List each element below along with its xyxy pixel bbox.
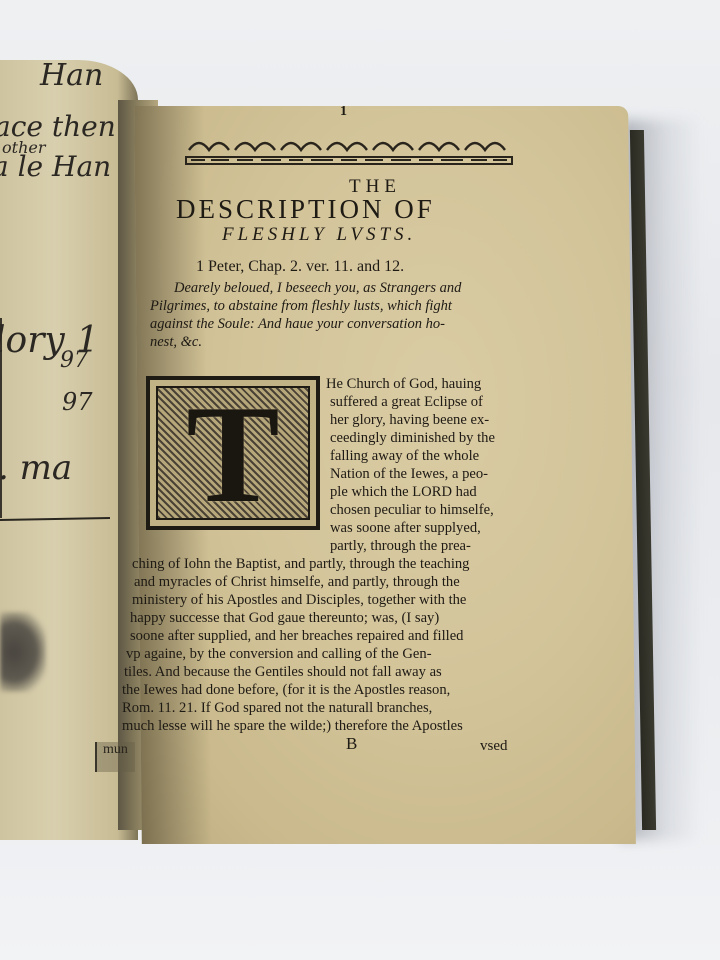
body-line: and myracles of Christ himselfe, and par… (134, 574, 460, 591)
body-line: ching of Iohn the Baptist, and partly, t… (132, 556, 469, 573)
body-line: He Church of God, hauing (326, 376, 481, 393)
decorated-initial: T (146, 376, 320, 530)
body-line: ple which the LORD had (330, 484, 477, 501)
page-number: 1 (340, 104, 347, 120)
body-line: her glory, having beene ex- (330, 412, 489, 429)
handwriting-line: . ma (0, 448, 72, 488)
body-line: tiles. And because the Gentiles should n… (124, 664, 442, 681)
verse-line: Dearely beloued, I beseech you, as Stran… (174, 280, 461, 297)
ornamental-headpiece (185, 136, 513, 166)
body-line: ministery of his Apostles and Disciples,… (132, 592, 466, 609)
body-line: falling away of the whole (330, 448, 479, 465)
ink-stain (0, 612, 46, 692)
signature-mark: B (346, 734, 357, 754)
body-line: vp againe, by the conversion and calling… (126, 646, 432, 663)
body-line: partly, through the prea- (330, 538, 471, 555)
title-line-3: FLESHLY LVSTS. (222, 224, 416, 246)
initial-letter: T (150, 374, 316, 535)
body-line: Rom. 11. 21. If God spared not the natur… (122, 700, 432, 717)
body-line: Nation of the Iewes, a peo- (330, 466, 488, 483)
verse-line: Pilgrimes, to abstaine from fleshly lust… (150, 298, 452, 315)
title-line-2: DESCRIPTION OF (176, 194, 435, 225)
body-line: much lesse will he spare the wilde;) the… (122, 718, 463, 735)
handwriting-line: Han (40, 58, 103, 93)
scripture-reference: 1 Peter, Chap. 2. ver. 11. and 12. (196, 258, 404, 276)
body-line: ceedingly diminished by the (330, 430, 495, 447)
body-line: suffered a great Eclipse of (330, 394, 483, 411)
body-line: was soone after supplyed, (330, 520, 481, 537)
tab-fragment: mun (95, 742, 135, 772)
body-line: soone after supplied, and her breaches r… (130, 628, 463, 645)
handwriting-line: 97 (60, 348, 88, 373)
body-line: chosen peculiar to himselfe, (330, 502, 494, 519)
body-line: happy successe that God gaue thereunto; … (130, 610, 439, 627)
photo-scene: Han ace then other a le Han lory 1 97 97… (0, 0, 720, 960)
handwriting-line: 97 (62, 388, 93, 416)
verse-line: nest, &c. (150, 334, 202, 351)
verse-line: against the Soule: And haue your convers… (150, 316, 445, 333)
catchword: vsed (480, 738, 508, 755)
body-line: the Iewes had done before, (for it is th… (122, 682, 450, 699)
